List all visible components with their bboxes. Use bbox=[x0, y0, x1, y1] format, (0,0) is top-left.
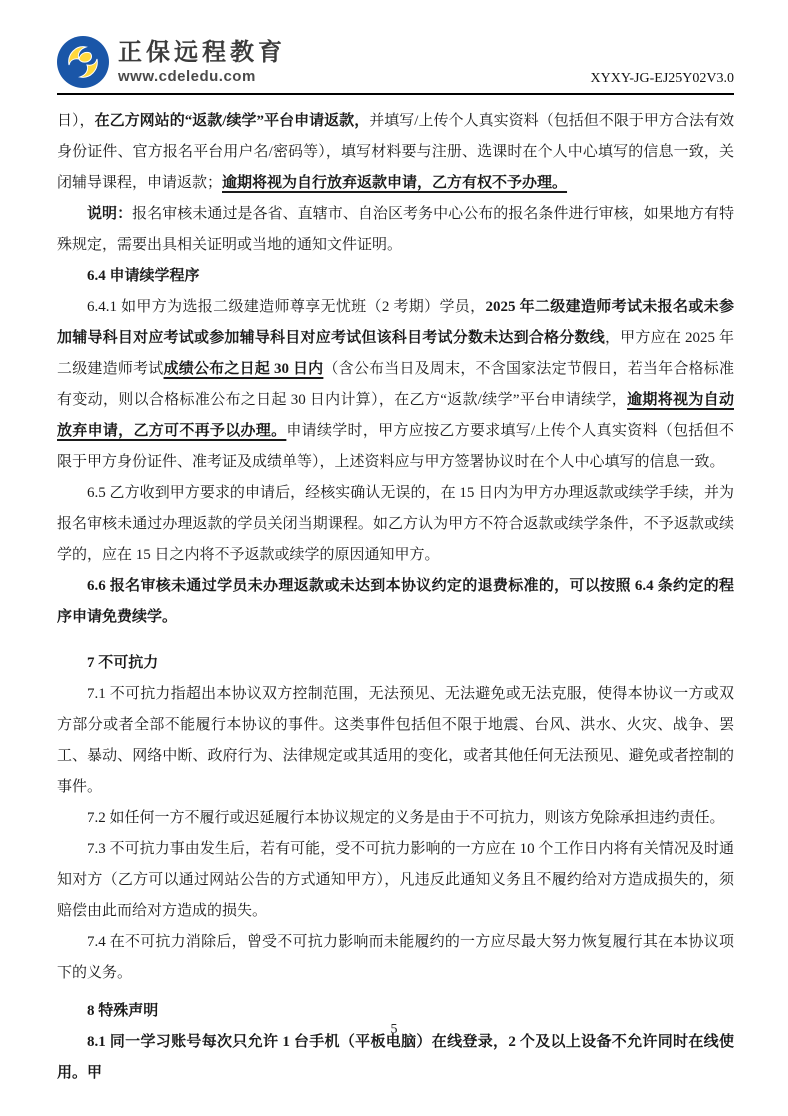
heading-7-force-majeure: 7 不可抗力 bbox=[57, 648, 734, 679]
clause-7-4: 7.4 在不可抗力消除后，曾受不可抗力影响而未能履约的一方应尽最大努力恢复履行其… bbox=[57, 927, 734, 989]
clause-7-1: 7.1 不可抗力指超出本协议双方控制范围，无法预见、无法避免或无法克服，使得本协… bbox=[57, 679, 734, 803]
text-run: 在乙方网站的“返款/续学”平台申请返款， bbox=[95, 113, 370, 129]
page-header: 正保远程教育 www.cdeledu.com XYXY-JG-EJ25Y02V3… bbox=[57, 36, 734, 88]
text-run: 7.1 不可抗力指超出本协议双方控制范围，无法预见、无法避免或无法克服，使得本协… bbox=[57, 686, 734, 795]
text-run: 6.5 乙方收到甲方要求的申请后，经核实确认无误的，在 15 日内为甲方办理返款… bbox=[57, 485, 734, 563]
text-run: 7 不可抗力 bbox=[87, 655, 158, 671]
para-shuoming-note: 说明：报名审核未通过是各省、直辖市、自治区考务中心公布的报名条件进行审核，如果地… bbox=[57, 199, 734, 261]
document-body: 日），在乙方网站的“返款/续学”平台申请返款，并填写/上传个人真实资料（包括但不… bbox=[57, 106, 734, 1089]
brand-website: www.cdeledu.com bbox=[118, 67, 286, 86]
text-run: 7.4 在不可抗力消除后，曾受不可抗力影响而未能履约的一方应尽最大努力恢复履行其… bbox=[57, 934, 734, 981]
clause-6-6: 6.6 报名审核未通过学员未办理返款或未达到本协议约定的退费标准的，可以按照 6… bbox=[57, 571, 734, 633]
text-run: 说明： bbox=[87, 206, 132, 222]
header-divider bbox=[57, 93, 734, 95]
text-run: 8.1 同一学习账号每次只允许 1 台手机（平板电脑）在线登录，2 个及以上设备… bbox=[57, 1034, 734, 1081]
brand-logo-icon bbox=[57, 36, 109, 88]
text-run: 6.4 申请续学程序 bbox=[87, 268, 200, 284]
doc-code: XYXY-JG-EJ25Y02V3.0 bbox=[591, 71, 735, 88]
text-run: 逾期将视为自行放弃返款申请，乙方有权不予办理。 bbox=[222, 175, 567, 191]
page-footer: 5 bbox=[0, 1022, 788, 1038]
page-number: 5 bbox=[391, 1022, 398, 1037]
text-run: 8 特殊声明 bbox=[87, 1003, 158, 1019]
clause-7-3: 7.3 不可抗力事由发生后，若有可能，受不可抗力影响的一方应在 10 个工作日内… bbox=[57, 834, 734, 927]
text-run: 成绩公布之日起 30 日内 bbox=[164, 361, 324, 377]
clause-6-4-1: 6.4.1 如甲方为选报二级建造师尊享无忧班（2 考期）学员，2025 年二级建… bbox=[57, 292, 734, 478]
brand-text: 正保远程教育 www.cdeledu.com bbox=[118, 39, 286, 86]
brand-logo: 正保远程教育 www.cdeledu.com bbox=[57, 36, 286, 88]
text-run: 6.6 报名审核未通过学员未办理返款或未达到本协议约定的退费标准的，可以按照 6… bbox=[57, 578, 734, 625]
text-run: 日）， bbox=[57, 113, 95, 129]
text-run: 报名审核未通过是各省、直辖市、自治区考务中心公布的报名条件进行审核，如果地方有特… bbox=[57, 206, 734, 253]
contract-page: 正保远程教育 www.cdeledu.com XYXY-JG-EJ25Y02V3… bbox=[0, 0, 788, 1116]
para-refund-procedure-continuation: 日），在乙方网站的“返款/续学”平台申请返款，并填写/上传个人真实资料（包括但不… bbox=[57, 106, 734, 199]
text-run: 7.2 如任何一方不履行或迟延履行本协议规定的义务是由于不可抗力，则该方免除承担… bbox=[87, 810, 725, 826]
clause-7-2: 7.2 如任何一方不履行或迟延履行本协议规定的义务是由于不可抗力，则该方免除承担… bbox=[57, 803, 734, 834]
text-run: 7.3 不可抗力事由发生后，若有可能，受不可抗力影响的一方应在 10 个工作日内… bbox=[57, 841, 734, 919]
text-run: 6.4.1 如甲方为选报二级建造师尊享无忧班（2 考期）学员， bbox=[87, 299, 485, 315]
clause-6-5: 6.5 乙方收到甲方要求的申请后，经核实确认无误的，在 15 日内为甲方办理返款… bbox=[57, 478, 734, 571]
heading-6-4: 6.4 申请续学程序 bbox=[57, 261, 734, 292]
brand-name: 正保远程教育 bbox=[118, 39, 286, 67]
